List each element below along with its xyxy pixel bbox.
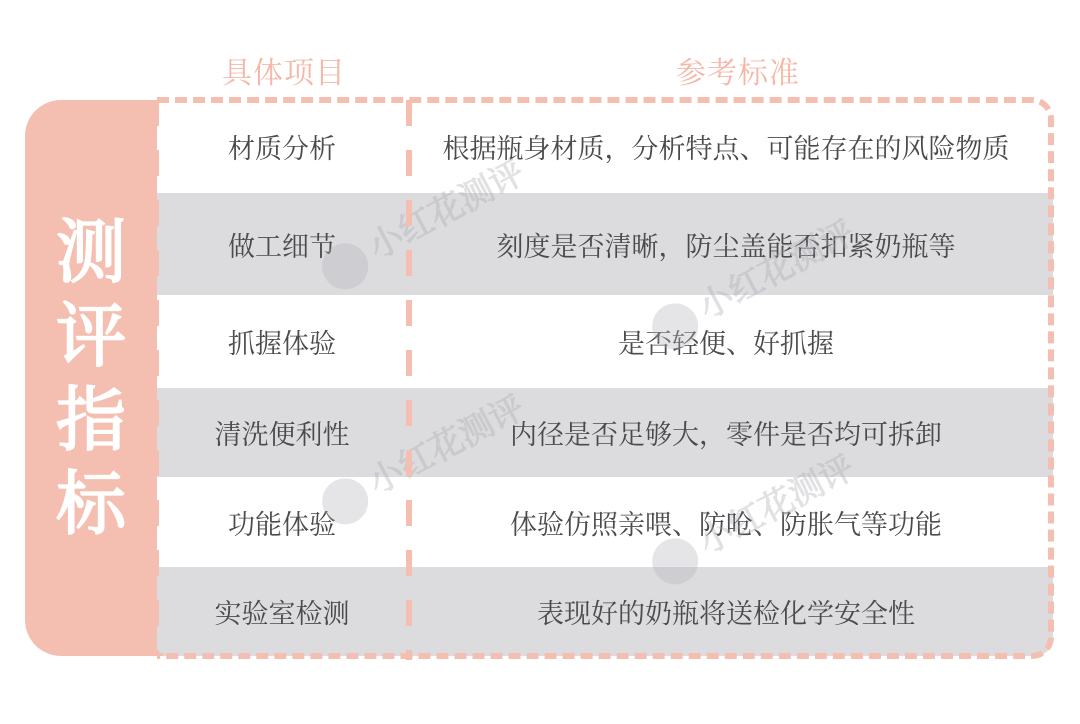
table-row: 清洗便利性 内径是否足够大，零件是否均可拆卸 [157,388,1053,477]
standard-cell: 根据瓶身材质，分析特点、可能存在的风险物质 [407,127,1053,166]
item-cell: 功能体验 [157,503,407,542]
item-cell: 做工细节 [157,225,407,264]
standard-cell: 刻度是否清晰，防尘盖能否扣紧奶瓶等 [407,225,1053,264]
item-cell: 实验室检测 [157,592,407,631]
table-row: 抓握体验 是否轻便、好抓握 [157,295,1053,388]
dashed-left-edge [153,100,159,656]
table-row: 实验室检测 表现好的奶瓶将送检化学安全性 [157,567,1053,656]
side-label-char: 标 [56,462,126,546]
side-label-char: 指 [56,378,126,462]
side-label-char: 测 [56,210,126,294]
table-row: 材质分析 根据瓶身材质，分析特点、可能存在的风险物质 [157,100,1053,193]
side-label-panel: 测 评 指 标 [25,100,157,656]
item-cell: 清洗便利性 [157,413,407,452]
item-cell: 材质分析 [157,127,407,166]
table-row: 做工细节 刻度是否清晰，防尘盖能否扣紧奶瓶等 [157,193,1053,295]
criteria-table: 材质分析 根据瓶身材质，分析特点、可能存在的风险物质 做工细节 刻度是否清晰，防… [157,100,1053,656]
table-row: 功能体验 体验仿照亲喂、防呛、防胀气等功能 [157,477,1053,567]
standard-cell: 表现好的奶瓶将送检化学安全性 [407,592,1053,631]
standard-cell: 体验仿照亲喂、防呛、防胀气等功能 [407,503,1053,542]
side-label: 测 评 指 标 [25,100,157,656]
side-label-char: 评 [56,294,126,378]
column-header-standard: 参考标准 [676,48,800,92]
item-cell: 抓握体验 [157,322,407,361]
column-header-item: 具体项目 [222,48,346,92]
standard-cell: 内径是否足够大，零件是否均可拆卸 [407,413,1053,452]
standard-cell: 是否轻便、好抓握 [407,322,1053,361]
dashed-column-divider [406,100,412,660]
